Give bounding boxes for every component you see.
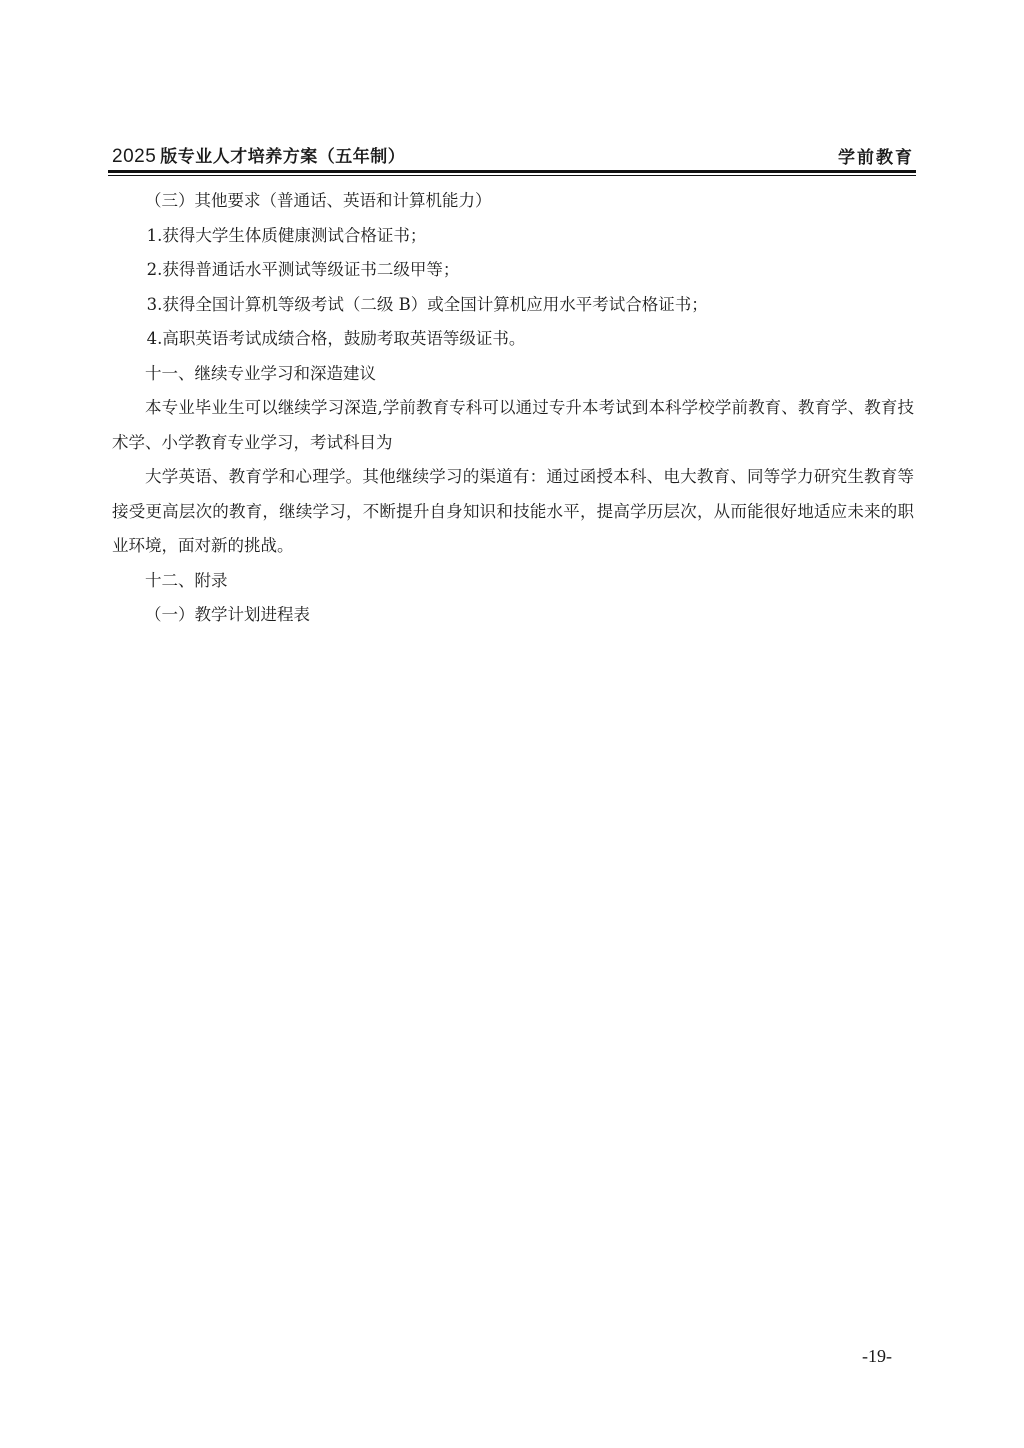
header-department: 学前教育 (838, 143, 914, 168)
section-11-paragraph-1: 本专业毕业生可以继续学习深造,学前教育专科可以通过专升本考试到本科学校学前教育、… (112, 391, 914, 460)
requirement-item: 2.获得普通话水平测试等级证书二级甲等； (112, 253, 914, 288)
requirement-item: 1.获得大学生体质健康测试合格证书； (112, 219, 914, 254)
header-title-text: 版专业人才培养方案（五年制） (160, 147, 405, 167)
header-rule-thin (108, 175, 916, 176)
requirement-item: 3.获得全国计算机等级考试（二级 B）或全国计算机应用水平考试合格证书； (112, 288, 914, 323)
section-11-paragraph-2: 大学英语、教育学和心理学。其他继续学习的渠道有：通过函授本科、电大教育、同等学力… (112, 460, 914, 564)
header-title: 2025版专业人才培养方案（五年制） (112, 142, 405, 168)
header-rule-thick (108, 170, 916, 173)
header-year: 2025 (112, 146, 156, 167)
section-heading-11: 十一、继续专业学习和深造建议 (112, 357, 914, 392)
requirement-item: 4.高职英语考试成绩合格，鼓励考取英语等级证书。 (112, 322, 914, 357)
page-number: -19- (862, 1346, 892, 1367)
page-body: （三）其他要求（普通话、英语和计算机能力） 1.获得大学生体质健康测试合格证书；… (112, 184, 914, 633)
section-heading-other-requirements: （三）其他要求（普通话、英语和计算机能力） (112, 184, 914, 219)
page-header: 2025版专业人才培养方案（五年制） 学前教育 (112, 142, 914, 168)
appendix-heading-1: （一）教学计划进程表 (112, 598, 914, 633)
document-page: 2025版专业人才培养方案（五年制） 学前教育 （三）其他要求（普通话、英语和计… (0, 0, 1024, 1448)
section-heading-12: 十二、附录 (112, 564, 914, 599)
